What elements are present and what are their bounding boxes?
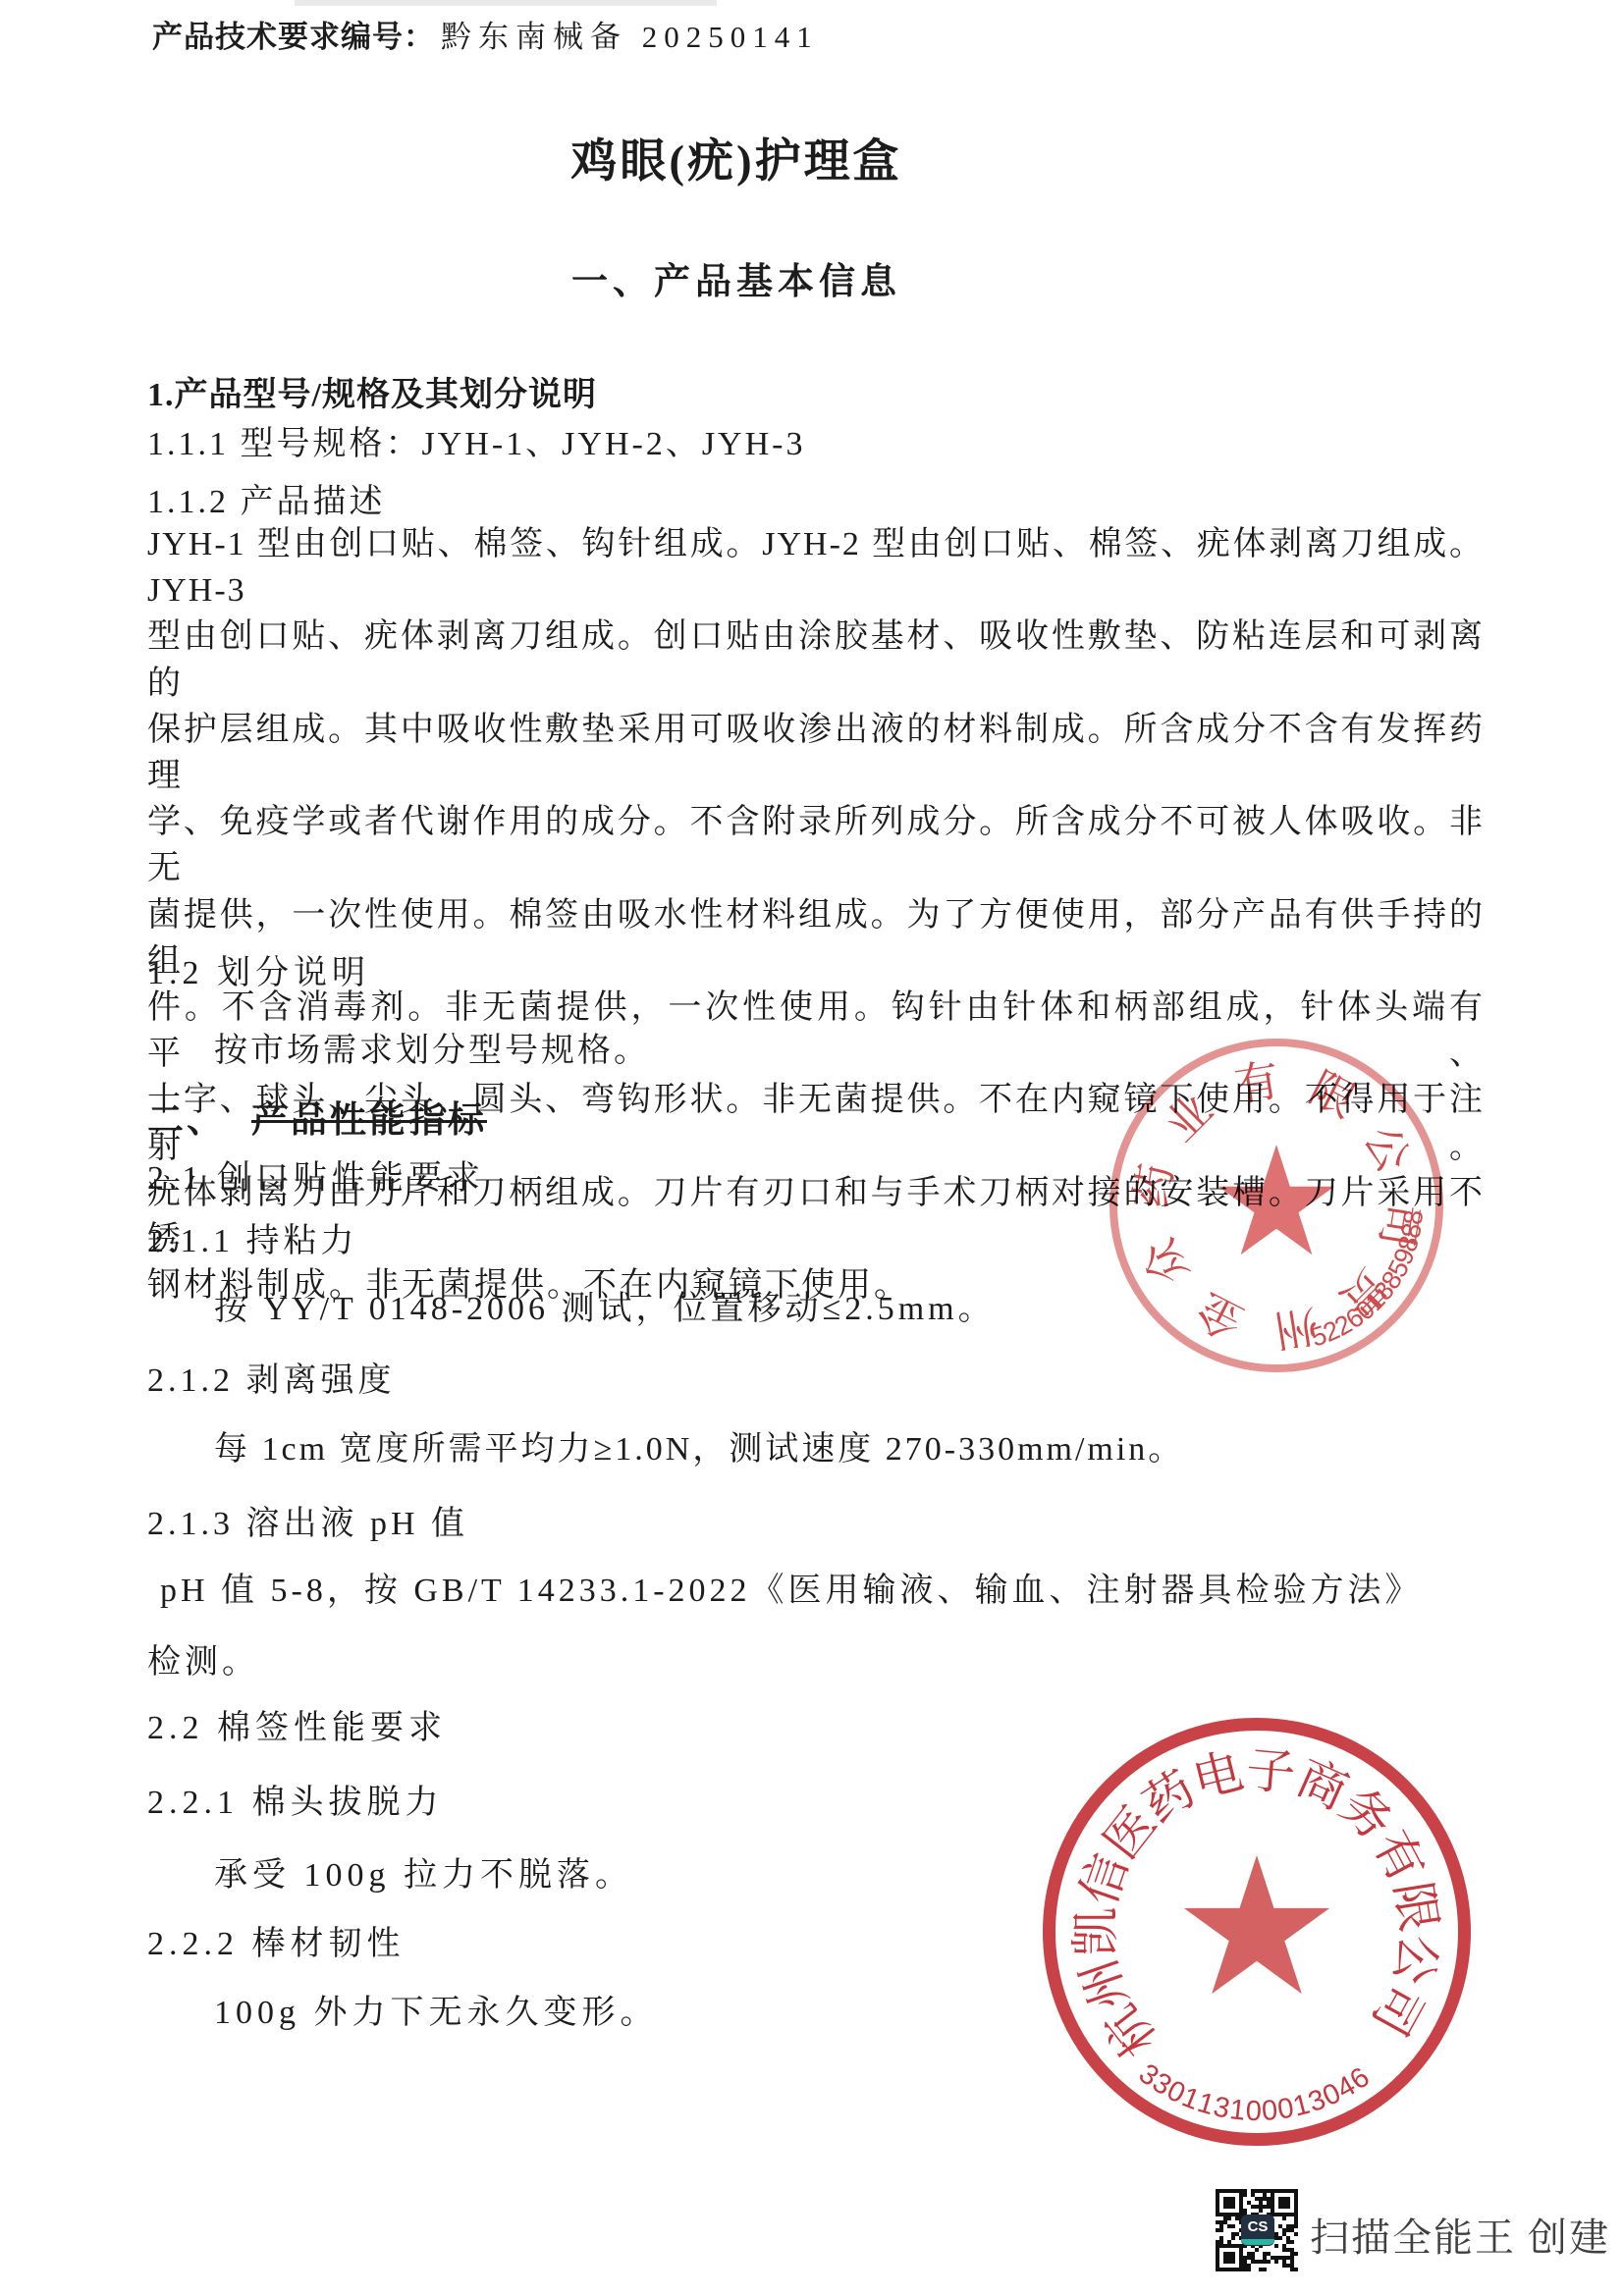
text-2-1-2: 每 1cm 宽度所需平均力≥1.0N，测试速度 270-330mm/min。 (214, 1421, 1184, 1469)
seal-company-char: 子 (1244, 1742, 1298, 1801)
star-icon (1218, 1145, 1334, 1255)
section2-heading: 二、产品性能指标 (147, 1090, 487, 1143)
heading-division: 1.2 划分说明 (147, 945, 370, 993)
seal-svg: 贵州金众药业有限公司5226018859888 (1105, 1034, 1448, 1377)
seal-company-char: 有 (1231, 1055, 1282, 1110)
document-page: 产品技术要求编号：黔东南械备 20250141 鸡眼(疣)护理盒 一、产品基本信… (0, 0, 1623, 2296)
paragraph-line: JYH-1 型由创口贴、棉签、钩针组成。JYH-2 型由创口贴、棉签、疣体剥离刀… (147, 521, 1485, 614)
heading-2-1-3: 2.1.3 溶出液 pH 值 (147, 1496, 468, 1544)
scan-artifact (295, 0, 717, 6)
heading-2-2-1: 2.2.1 棉头拔脱力 (147, 1775, 444, 1823)
section2-title: 产品性能指标 (251, 1100, 487, 1141)
doc-number-label: 产品技术要求编号： (152, 20, 435, 54)
model-spec-text: 1.1.1 型号规格：JYH-1、JYH-2、JYH-3 (147, 416, 805, 464)
company-seal-guizhou: 贵州金众药业有限公司5226018859888 (1105, 1034, 1448, 1382)
text-2-1-1: 按 YY/T 0148-2006 测试，位置移动≤2.5mm。 (214, 1281, 996, 1329)
heading-2-1: 2.1 创口贴性能要求 (147, 1150, 485, 1199)
seal-company-char: 限 (1384, 1878, 1446, 1935)
seal-company-char: 众 (1134, 1231, 1198, 1293)
paragraph-line: 学、免疫学或者代谢作用的成分。不含附录所列成分。所含成分不可被人体吸收。非无 (147, 799, 1485, 891)
page-title: 鸡眼(疣)护理盒 (147, 125, 1325, 190)
scanner-watermark-text: 扫描全能王 创建 (1310, 2207, 1610, 2263)
qr-code: CS (1216, 2189, 1298, 2271)
text-2-2-2: 100g 外力下无永久变形。 (214, 1985, 659, 2033)
division-text: 按市场需求划分型号规格。 (214, 1023, 650, 1071)
text-2-1-3-line2: 检测。 (147, 1634, 259, 1682)
heading-2-1-1: 2.1.1 持粘力 (147, 1213, 358, 1261)
seal-company-char: 业 (1156, 1085, 1221, 1150)
seal-number-char: 1 (1228, 2094, 1247, 2127)
camscanner-logo: CS (1241, 2215, 1274, 2246)
heading-product-desc: 1.1.2 产品描述 (147, 474, 386, 522)
doc-number-line: 产品技术要求编号：黔东南械备 20250141 (152, 12, 819, 56)
seal-company-char: 公 (1355, 1118, 1419, 1180)
camscanner-logo-swoosh (1241, 2239, 1274, 2245)
seal-company-char: 药 (1126, 1160, 1181, 1211)
heading-model-spec: 1.产品型号/规格及其划分说明 (147, 367, 597, 415)
paragraph-line: 保护层组成。其中吸收性敷垫采用可吸收渗出液的材料制成。所含成分不含有发挥药理 (147, 707, 1485, 799)
doc-number-value: 黔东南械备 20250141 (441, 20, 819, 54)
heading-2-2: 2.2 棉签性能要求 (147, 1700, 447, 1748)
text-2-1-3-line1: pH 值 5-8，按 GB/T 14233.1-2022《医用输液、输血、注射器… (160, 1563, 1423, 1611)
heading-2-2-2: 2.2.2 棒材韧性 (147, 1916, 406, 1964)
camscanner-logo-text: CS (1248, 2216, 1269, 2239)
paragraph-line: 型由创口贴、疣体剥离刀组成。创口贴由涂胶基材、吸收性敷垫、防粘连层和可剥离的 (147, 614, 1485, 706)
heading-2-1-2: 2.1.2 剥离强度 (147, 1353, 396, 1401)
seal-svg: 杭州凯信医药电子商务有限公司330113100013046 (1038, 1713, 1476, 2151)
section1-heading: 一、产品基本信息 (147, 251, 1325, 304)
star-icon (1184, 1855, 1329, 1994)
seal-number-char: 0 (1245, 2096, 1262, 2127)
section2-number: 二、 (147, 1100, 226, 1141)
seal-company-char: 金 (1189, 1284, 1251, 1348)
text-2-2-1: 承受 100g 拉力不脱落。 (214, 1847, 633, 1896)
company-seal-hangzhou-kaixin: 杭州凯信医药电子商务有限公司330113100013046 (1038, 1713, 1476, 2156)
seal-company-char: 凯 (1068, 1907, 1123, 1956)
seal-company-char: 限 (1302, 1063, 1364, 1127)
seal-number-char: 8 (1398, 1208, 1429, 1226)
